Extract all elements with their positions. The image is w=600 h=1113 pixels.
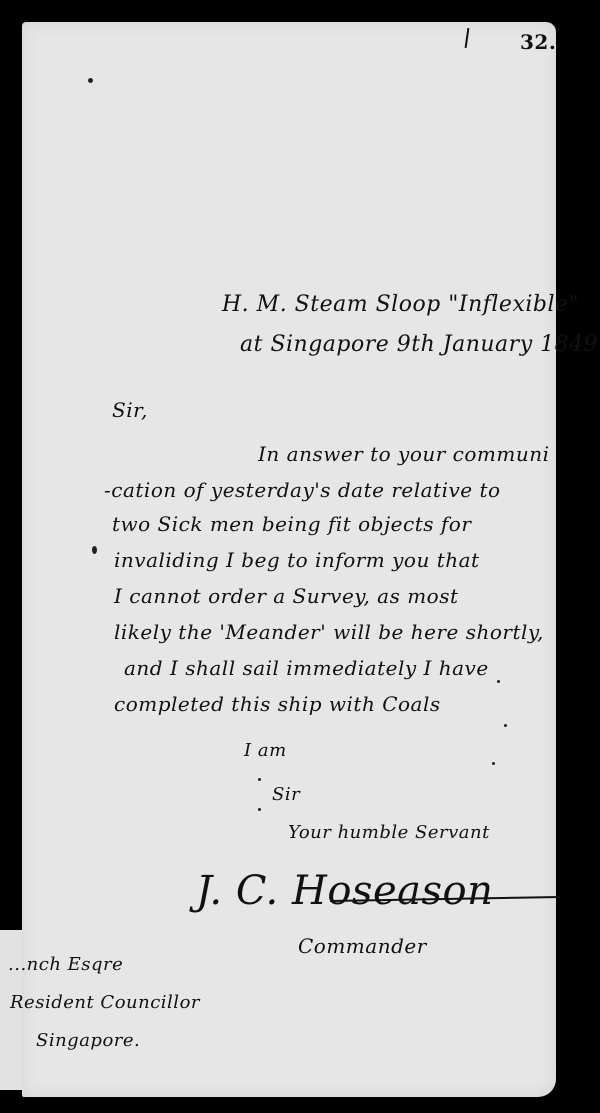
body-line: In answer to your communi xyxy=(258,442,549,466)
folio-number: 32. xyxy=(520,30,556,54)
body-line: completed this ship with Coals xyxy=(114,692,441,716)
ink-spot xyxy=(258,808,261,811)
ink-spot xyxy=(92,546,97,554)
signer-title: Commander xyxy=(298,934,427,958)
salutation: Sir, xyxy=(112,398,148,422)
addressee-place: Singapore. xyxy=(36,1030,140,1051)
closing-i-am: I am xyxy=(244,740,287,761)
ink-spot xyxy=(504,724,507,727)
addressee-name: ...nch Esqre xyxy=(8,954,123,975)
body-line: I cannot order a Survey, as most xyxy=(114,584,459,608)
body-line: and I shall sail immediately I have xyxy=(124,656,489,680)
closing-sir: Sir xyxy=(272,784,300,805)
body-line: -cation of yesterday's date relative to xyxy=(104,478,501,502)
ink-spot xyxy=(497,680,500,683)
body-line: two Sick men being fit objects for xyxy=(112,512,471,536)
letter-header-place-date: at Singapore 9th January 1849. xyxy=(240,332,600,357)
body-line: invaliding I beg to inform you that xyxy=(114,548,480,572)
letter-header-ship: H. M. Steam Sloop "Inflexible" xyxy=(222,292,579,317)
addressee-title: Resident Councillor xyxy=(10,992,200,1013)
ink-spot xyxy=(258,778,261,781)
ink-spot xyxy=(492,762,495,765)
body-line: likely the 'Meander' will be here shortl… xyxy=(114,620,544,644)
ink-spot xyxy=(88,78,93,83)
signature: J. C. Hoseason xyxy=(196,868,493,914)
closing-servant: Your humble Servant xyxy=(288,822,490,843)
